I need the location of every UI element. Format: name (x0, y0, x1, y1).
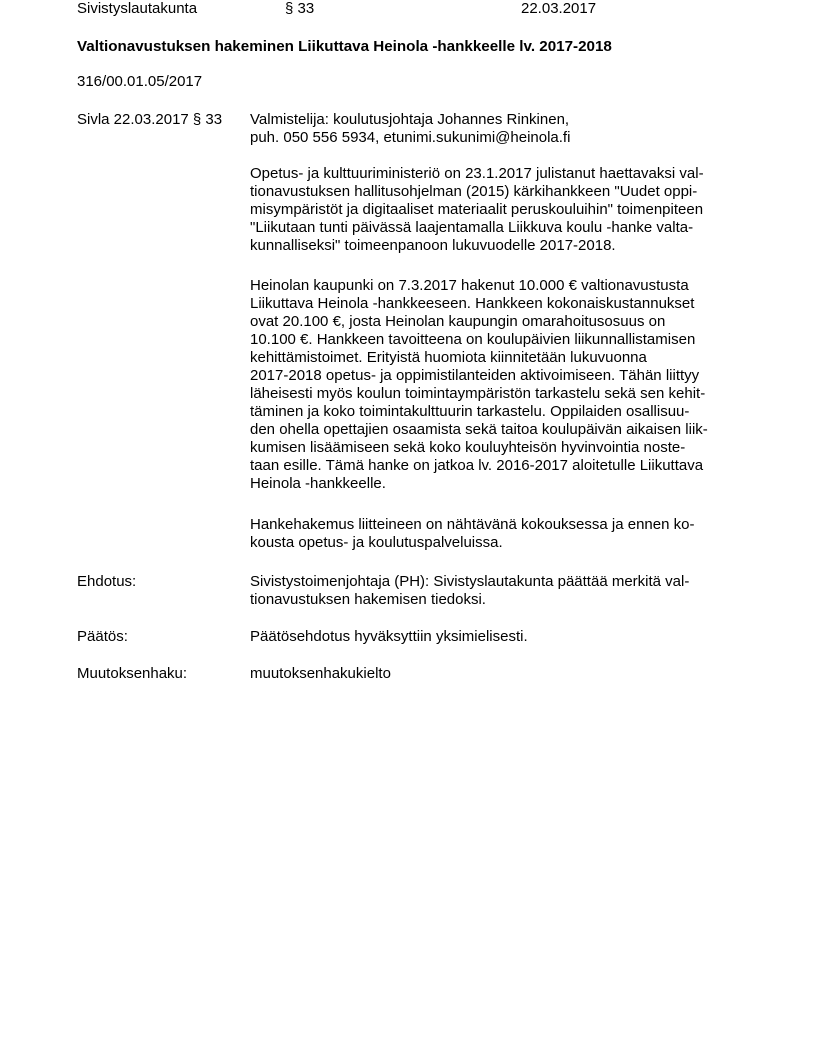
paragraph-line: 10.100 €. Hankkeen tavoitteena on koulup… (250, 331, 708, 349)
paragraph-line: Heinola -hankkeelle. (250, 475, 708, 493)
paragraph-line: kousta opetus- ja koulutuspalveluissa. (250, 534, 694, 552)
paragraph-line: "Liikutaan tunti päivässä laajentamalla … (250, 219, 704, 237)
paragraph-line: Opetus- ja kulttuuriministeriö on 23.1.2… (250, 165, 704, 183)
decision-label: Päätös: (77, 628, 128, 646)
paragraph-line: kumisen lisäämiseen sekä koko kouluyhtei… (250, 439, 708, 457)
paragraph-line: Liikuttava Heinola -hankkeeseen. Hankkee… (250, 295, 708, 313)
paragraph-application: Heinolan kaupunki on 7.3.2017 hakenut 10… (250, 277, 708, 493)
paragraph-line: Hankehakemus liitteineen on nähtävänä ko… (250, 516, 694, 534)
paragraph-line: 2017-2018 opetus- ja oppimistilanteiden … (250, 367, 708, 385)
preparer-line: Valmistelija: koulutusjohtaja Johannes R… (250, 111, 570, 129)
proposal-text: Sivistystoimenjohtaja (PH): Sivistyslaut… (250, 573, 689, 609)
decision-text: Päätösehdotus hyväksyttiin yksimielisest… (250, 628, 528, 646)
document-title: Valtionavustuksen hakeminen Liikuttava H… (77, 38, 612, 56)
appeal-text: muutoksenhakukielto (250, 665, 391, 683)
paragraph-line: taan esille. Tämä hanke on jatkoa lv. 20… (250, 457, 708, 475)
record-id: 316/00.01.05/2017 (77, 73, 202, 91)
proposal-line: tionavustuksen hakemisen tiedoksi. (250, 591, 689, 609)
paragraph-attachments: Hankehakemus liitteineen on nähtävänä ko… (250, 516, 694, 552)
preparer-info: Valmistelija: koulutusjohtaja Johannes R… (250, 111, 570, 147)
paragraph-line: tionavustuksen hallitusohjelman (2015) k… (250, 183, 704, 201)
paragraph-line: kehittämistoimet. Erityistä huomiota kii… (250, 349, 708, 367)
paragraph-background: Opetus- ja kulttuuriministeriö on 23.1.2… (250, 165, 704, 255)
paragraph-line: Heinolan kaupunki on 7.3.2017 hakenut 10… (250, 277, 708, 295)
paragraph-line: den ohella opettajien osaamista sekä tai… (250, 421, 708, 439)
header-section-number: § 33 (285, 0, 314, 18)
paragraph-line: misympäristöt ja digitaaliset materiaali… (250, 201, 704, 219)
header-body-name: Sivistyslautakunta (77, 0, 197, 18)
proposal-line: Sivistystoimenjohtaja (PH): Sivistyslaut… (250, 573, 689, 591)
meeting-reference: Sivla 22.03.2017 § 33 (77, 111, 222, 129)
paragraph-line: läheisesti myös koulun toimintaympäristö… (250, 385, 708, 403)
appeal-label: Muutoksenhaku: (77, 665, 187, 683)
proposal-label: Ehdotus: (77, 573, 136, 591)
preparer-line: puh. 050 556 5934, etunimi.sukunimi@hein… (250, 129, 570, 147)
header-date: 22.03.2017 (521, 0, 596, 18)
paragraph-line: kunnalliseksi" toimeenpanoon lukuvuodell… (250, 237, 704, 255)
paragraph-line: täminen ja koko toimintakulttuurin tarka… (250, 403, 708, 421)
paragraph-line: ovat 20.100 €, josta Heinolan kaupungin … (250, 313, 708, 331)
